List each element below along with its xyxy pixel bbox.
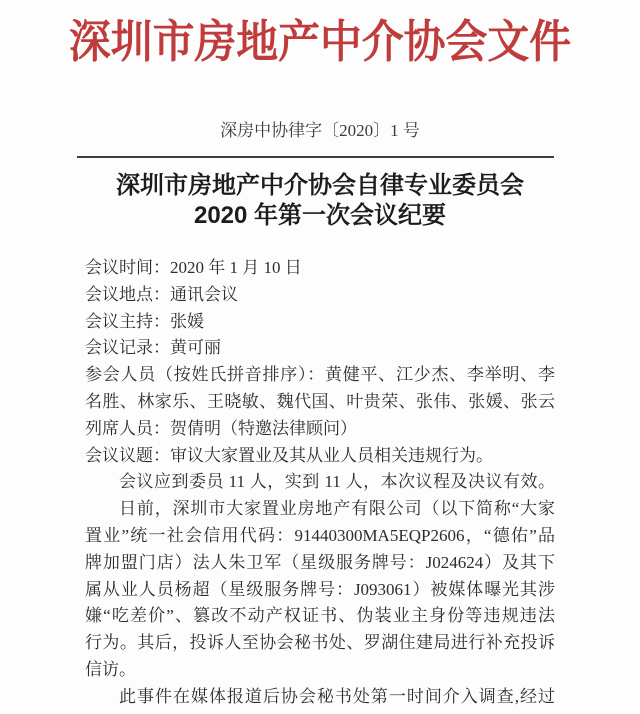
- body-line: 会议时间：2020 年 1 月 10 日: [85, 255, 555, 282]
- body-line: 嫌“吃差价”、篡改不动产权证书、伪装业主身份等违规违法: [85, 603, 555, 630]
- document-page: 深圳市房地产中介协会文件 深房中协律字〔2020〕1 号 深圳市房地产中介协会自…: [0, 0, 640, 714]
- body-line: 日前，深圳市大家置业房地产有限公司（以下简称“大家: [85, 496, 555, 523]
- body-line: 会议地点：通讯会议: [85, 282, 555, 309]
- document-title: 深圳市房地产中介协会自律专业委员会 2020 年第一次会议纪要: [0, 171, 640, 231]
- body-line: 名胜、林家乐、王晓敏、魏代国、叶贵荣、张伟、张媛、张云: [85, 389, 555, 416]
- body-line: 置业”统一社会信用代码：91440300MA5EQP2606，“德佑”品: [85, 523, 555, 550]
- body-line: 会议主持：张媛: [85, 309, 555, 336]
- body-line: 会议应到委员 11 人，实到 11 人，本次议程及决议有效。: [85, 469, 555, 496]
- document-title-line1: 深圳市房地产中介协会自律专业委员会: [0, 171, 640, 201]
- letterhead-org-title: 深圳市房地产中介协会文件: [22, 13, 617, 71]
- body-line: 会议记录：黄可丽: [85, 335, 555, 362]
- body-line: 信访。: [85, 657, 555, 684]
- body-line: 行为。其后，投诉人至协会秘书处、罗湖住建局进行补充投诉: [85, 630, 555, 657]
- document-reference-number: 深房中协律字〔2020〕1 号: [0, 116, 640, 141]
- body-text: 会议时间：2020 年 1 月 10 日会议地点：通讯会议会议主持：张媛会议记录…: [85, 255, 555, 711]
- body-line: 参会人员（按姓氏拼音排序）：黄健平、江少杰、李举明、李: [85, 362, 555, 389]
- body-line: 会议议题：审议大家置业及其从业人员相关违规行为。: [85, 443, 555, 470]
- header-divider-line: [77, 156, 554, 158]
- body-line: 属从业人员杨超（星级服务牌号：J093061）被媒体曝光其涉: [85, 577, 555, 604]
- body-line: 列席人员：贺倩明（特邀法律顾问）: [85, 416, 555, 443]
- body-line: 此事件在媒体报道后协会秘书处第一时间介入调查,经过: [85, 684, 555, 711]
- document-title-line2: 2020 年第一次会议纪要: [0, 201, 640, 231]
- body-line: 牌加盟门店）法人朱卫军（星级服务牌号：J024624）及其下: [85, 550, 555, 577]
